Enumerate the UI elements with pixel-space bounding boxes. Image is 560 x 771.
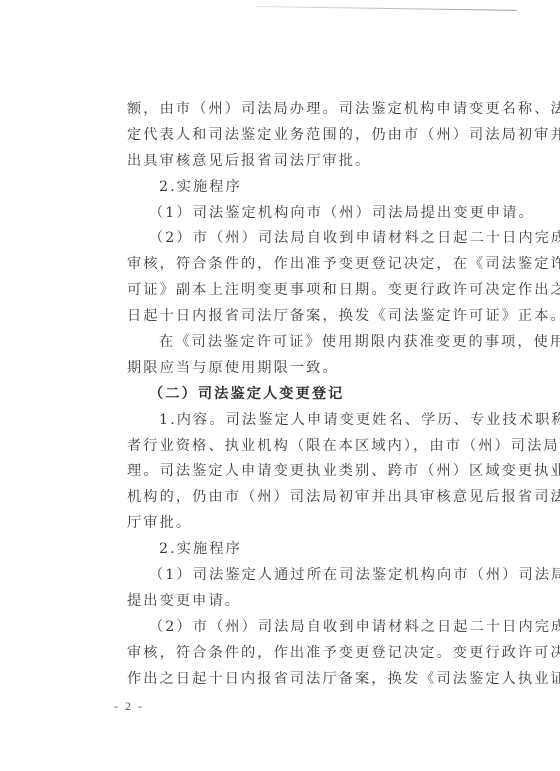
- text-line: 1.内容。司法鉴定人申请变更姓名、学历、专业技术职称或: [127, 408, 521, 434]
- text-line: 出具审核意见后报省司法厅审批。: [127, 149, 521, 175]
- page-number: - 2 -: [114, 699, 144, 714]
- text-line: 理。司法鉴定人申请变更执业类别、跨市（州）区域变更执业: [127, 459, 521, 485]
- text-line: 审核，符合条件的，作出准予变更登记决定，在《司法鉴定许: [127, 252, 521, 278]
- text-line: 可证》副本上注明变更事项和日期。变更行政许可决定作出之: [127, 278, 521, 304]
- text-line: （2）市（州）司法局自收到申请材料之日起二十日内完成: [127, 226, 521, 252]
- scan-artifact-line: [255, 6, 517, 11]
- text-line: 定代表人和司法鉴定业务范围的，仍由市（州）司法局初审并: [127, 123, 521, 149]
- text-line: 日起十日内报省司法厅备案，换发《司法鉴定许可证》正本。: [127, 304, 521, 330]
- text-line: 在《司法鉴定许可证》使用期限内获准变更的事项，使用: [127, 330, 521, 356]
- text-line: 提出变更申请。: [127, 589, 521, 615]
- text-line: （1）司法鉴定人通过所在司法鉴定机构向市（州）司法局: [127, 563, 521, 589]
- text-line: 厅审批。: [127, 511, 521, 537]
- text-line: 期限应当与原使用期限一致。: [127, 356, 521, 382]
- text-line: （2）市（州）司法局自收到申请材料之日起二十日内完成: [127, 615, 521, 641]
- text-line: （1）司法鉴定机构向市（州）司法局提出变更申请。: [127, 201, 521, 227]
- text-line: 额，由市（州）司法局办理。司法鉴定机构申请变更名称、法: [127, 97, 521, 123]
- subsection-title: 2.实施程序: [127, 537, 521, 563]
- text-line: 审核，符合条件的，作出准予变更登记决定。变更行政许可决定: [127, 641, 521, 667]
- text-line: 作出之日起十日内报省司法厅备案，换发《司法鉴定人执业证》。: [127, 667, 521, 693]
- section-heading: （二）司法鉴定人变更登记: [127, 382, 521, 408]
- document-body: 额，由市（州）司法局办理。司法鉴定机构申请变更名称、法 定代表人和司法鉴定业务范…: [127, 97, 521, 692]
- text-line: 者行业资格、执业机构（限在本区域内），由市（州）司法局办: [127, 434, 521, 460]
- text-line: 机构的，仍由市（州）司法局初审并出具审核意见后报省司法: [127, 485, 521, 511]
- subsection-title: 2.实施程序: [127, 175, 521, 201]
